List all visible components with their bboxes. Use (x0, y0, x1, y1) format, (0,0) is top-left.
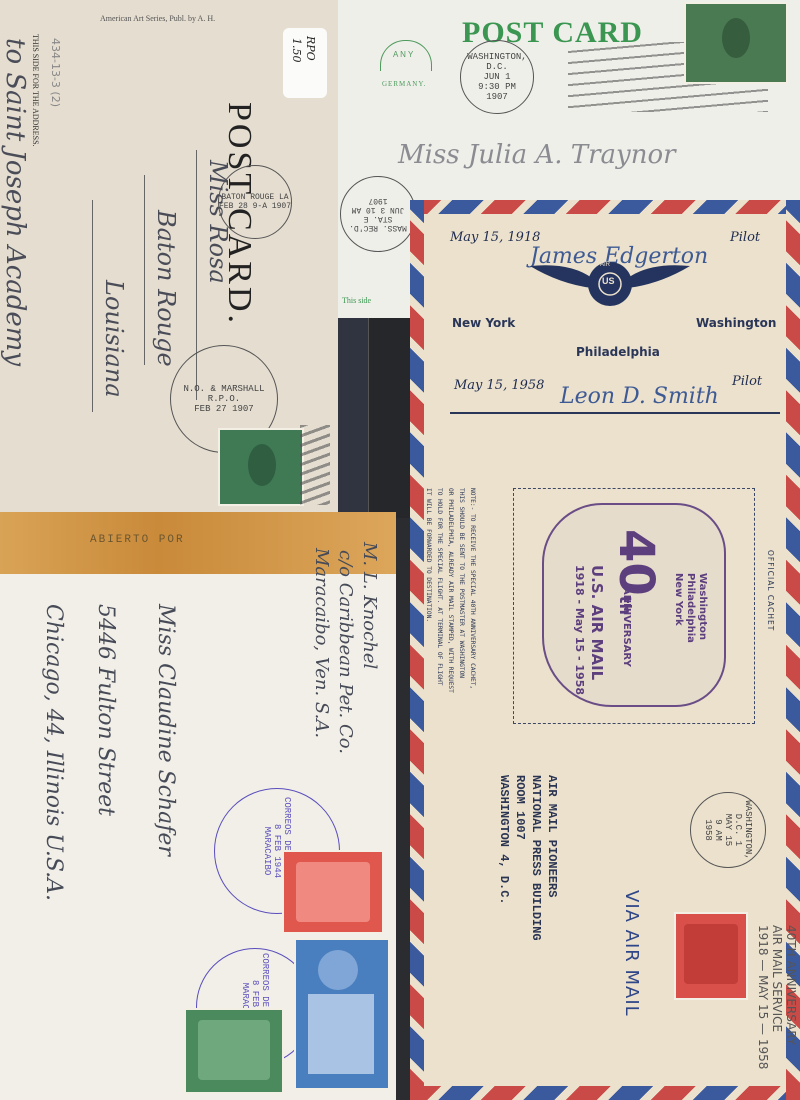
pilot-1958-signature: Leon D. Smith (560, 384, 719, 409)
dealer-price-label: RPO 1.50 (283, 28, 327, 98)
footer-text: This side (342, 296, 371, 305)
recipient-line-2: Baton Rouge (152, 210, 180, 367)
stamp-venezuela-airmail (296, 940, 388, 1088)
cachet-cities: Washington Philadelphia New York (672, 573, 708, 643)
sender-line-3: Maracaibo, Ven. S.A. (311, 548, 332, 738)
airmail-border-top (410, 200, 800, 214)
postmark-baton-rouge: BATON ROUGE LAFEB 28 9-A 1907 (218, 165, 292, 239)
stamp-jamestown-1c (686, 4, 786, 82)
cachet-banner: ANNIVERSARY (621, 587, 632, 667)
anniversary-cachet: 40th ANNIVERSARY Washington Philadelphia… (513, 488, 755, 724)
emblem-top: AIR (600, 262, 610, 268)
album-background (338, 318, 414, 518)
city-washington: Washington (696, 316, 776, 330)
airmail-border-left (410, 200, 424, 1100)
official-cachet-label: OFFICIAL CACHET (766, 550, 775, 631)
address-line (144, 175, 145, 365)
stamp-venezuela-5c (186, 1010, 282, 1092)
airmail-cover-1958: May 15, 1918 Pilot James Edgerton US AIR… (410, 200, 800, 1100)
sender-line-2: c/o Caribbean Pet. Co. (335, 550, 356, 754)
airmail-border-bottom (410, 1086, 800, 1100)
publisher-line: American Art Series, Publ. by A. H. (100, 14, 215, 23)
slogan-cancel: 40TH ANNIVERSARY AIR MAIL SERVICE 1918 —… (756, 925, 798, 1069)
sender-line-1: M. L. Knochel (359, 542, 380, 669)
recipient-line-3: Chicago, 44, Illinois U.S.A. (41, 604, 66, 901)
logo-text: A N Y (393, 50, 413, 59)
postmark-washington: WASHINGTON, D.C.JUN 19:30 PM1907 (460, 40, 534, 114)
pilot-1918-date: May 15, 1918 (450, 230, 540, 245)
pilot-1958-date: May 15, 1958 (454, 378, 544, 393)
pencil-inventory-note: 434-13-3 (2) (49, 38, 62, 107)
recipient-handwriting: Miss Julia A. Traynor (398, 140, 676, 170)
origin-label: GERMANY. (382, 80, 426, 88)
recipient-line-2: 5446 Fulton Street (93, 604, 118, 816)
via-air-mail-label: VIA AIR MAIL (621, 890, 642, 1017)
sender-handwriting: to Saint Joseph Academy (0, 38, 30, 366)
emblem-center: US (602, 276, 615, 286)
address-line (92, 200, 93, 412)
pilot-1958-label: Pilot (732, 374, 762, 389)
cachet-number: 40th (608, 529, 664, 615)
pilot-1918-label: Pilot (730, 230, 760, 245)
recipient-line-1: Miss Claudine Schafer (153, 604, 178, 856)
city-philadelphia: Philadelphia (576, 345, 660, 359)
stamp-airmail-6c (676, 914, 746, 998)
stamp-franklin-1c (220, 430, 302, 504)
cachet-note: NOTE:- TO RECEIVE THE SPECIAL 40TH ANNIV… (423, 488, 478, 693)
receiving-postmark: MASS. REC'D. STA. EJUN 3 10 AM 1907 (340, 176, 416, 252)
address-instruction: THIS SIDE FOR THE ADDRESS. (31, 34, 40, 147)
postcard-baton-rouge: American Art Series, Publ. by A. H. RPO … (0, 0, 339, 512)
cachet-headline: U.S. AIR MAIL (588, 565, 606, 680)
cachet-dates: 1918 - May 15 - 1958 (573, 565, 586, 695)
dealer-label-line1: RPO (304, 36, 317, 61)
stamp-venezuela-10c (284, 852, 382, 932)
city-new-york: New York (452, 316, 515, 330)
venezuela-censored-cover: ABIERTO POR M. L. Knochel c/o Caribbean … (0, 512, 396, 1100)
addressee-block: AIR MAIL PIONEERS NATIONAL PRESS BUILDIN… (496, 775, 560, 941)
recipient-line-3: Louisiana (100, 280, 128, 398)
killer-cancel (300, 425, 330, 505)
postmark-washington-1958: WASHINGTON, D.C. 1MAY 159 AM1958 (690, 792, 766, 868)
signature-rule (450, 412, 780, 414)
dealer-label-line2: 1.50 (290, 38, 303, 63)
